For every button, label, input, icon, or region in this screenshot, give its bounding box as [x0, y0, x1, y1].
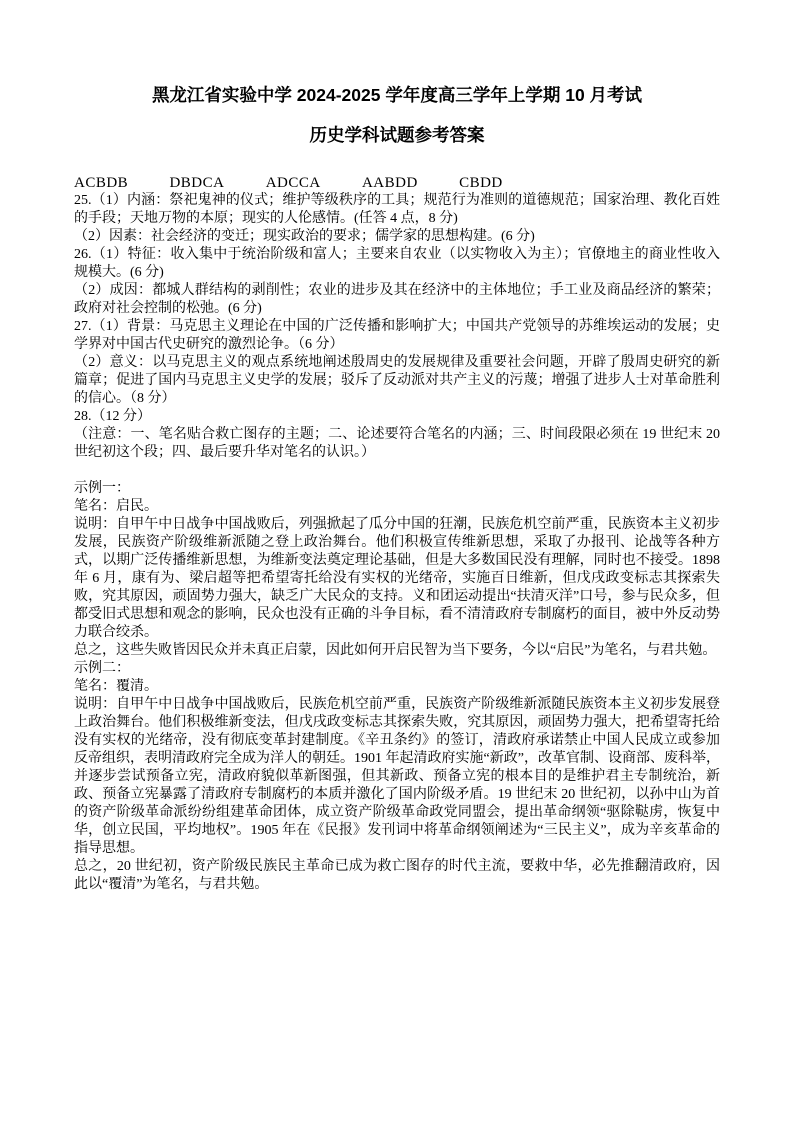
q27-part2-answer: （2）意义：以马克思主义的观点系统地阐述殷周史的发展规律及重要社会问题，开辟了殷… — [74, 354, 720, 408]
q26-part1-answer: 26.（1）特征：收入集中于统治阶级和富人；主要来自农业（以实物收入为主）；官僚… — [74, 246, 720, 282]
exam-title: 黑龙江省实验中学 2024-2025 学年度高三学年上学期 10 月考试 — [74, 84, 720, 106]
q28-note: （注意：一、笔名贴合救亡图存的主题；二、论述要符合笔名的内涵；三、时间段限必须在… — [74, 426, 720, 462]
example2-label: 示例二： — [74, 660, 720, 678]
q25-part1-answer: 25.（1）内涵：祭祀鬼神的仪式；维护等级秩序的工具；规范行为准则的道德规范；国… — [74, 192, 720, 228]
example2-explanation: 说明：自甲午中日战争中国战败后，民族危机空前严重，民族资产阶级维新派随民族资本主… — [74, 696, 720, 858]
mcq-answer-group-1: ACBDB — [74, 174, 128, 192]
answer-key-subtitle: 历史学科试题参考答案 — [74, 124, 720, 146]
q25-part2-answer: （2）因素：社会经济的变迁；现实政治的要求；儒学家的思想构建。(6 分) — [74, 228, 720, 246]
q27-part1-answer: 27.（1）背景：马克思主义理论在中国的广泛传播和影响扩大；中国共产党领导的苏维… — [74, 318, 720, 354]
example2-conclusion: 总之，20 世纪初，资产阶级民族民主革命已成为救亡图存的时代主流，要救中华，必先… — [74, 858, 720, 894]
document-content: 黑龙江省实验中学 2024-2025 学年度高三学年上学期 10 月考试 历史学… — [74, 0, 720, 894]
example2-penname: 笔名：覆清。 — [74, 678, 720, 696]
example1-label: 示例一： — [74, 480, 720, 498]
example1-explanation: 说明：自甲午中日战争中国战败后，列强掀起了瓜分中国的狂潮，民族危机空前严重，民族… — [74, 516, 720, 642]
mcq-answer-group-4: AABDD — [362, 174, 418, 192]
mcq-answer-row: ACBDB DBDCA ADCCA AABDD CBDD — [74, 174, 720, 192]
example1-penname: 笔名：启民。 — [74, 498, 720, 516]
q26-part2-answer: （2）成因：都城人群结构的剥削性；农业的进步及其在经济中的主体地位；手工业及商品… — [74, 282, 720, 318]
mcq-answer-group-5: CBDD — [459, 174, 503, 192]
mcq-answer-group-3: ADCCA — [266, 174, 321, 192]
example1-conclusion: 总之，这些失败皆因民众并未真正启蒙，因此如何开启民智为当下要务，今以“启民”为笔… — [74, 642, 720, 660]
document-page: 黑龙江省实验中学 2024-2025 学年度高三学年上学期 10 月考试 历史学… — [0, 0, 794, 1123]
q28-header: 28.（12 分） — [74, 408, 720, 426]
mcq-answer-group-2: DBDCA — [169, 174, 224, 192]
